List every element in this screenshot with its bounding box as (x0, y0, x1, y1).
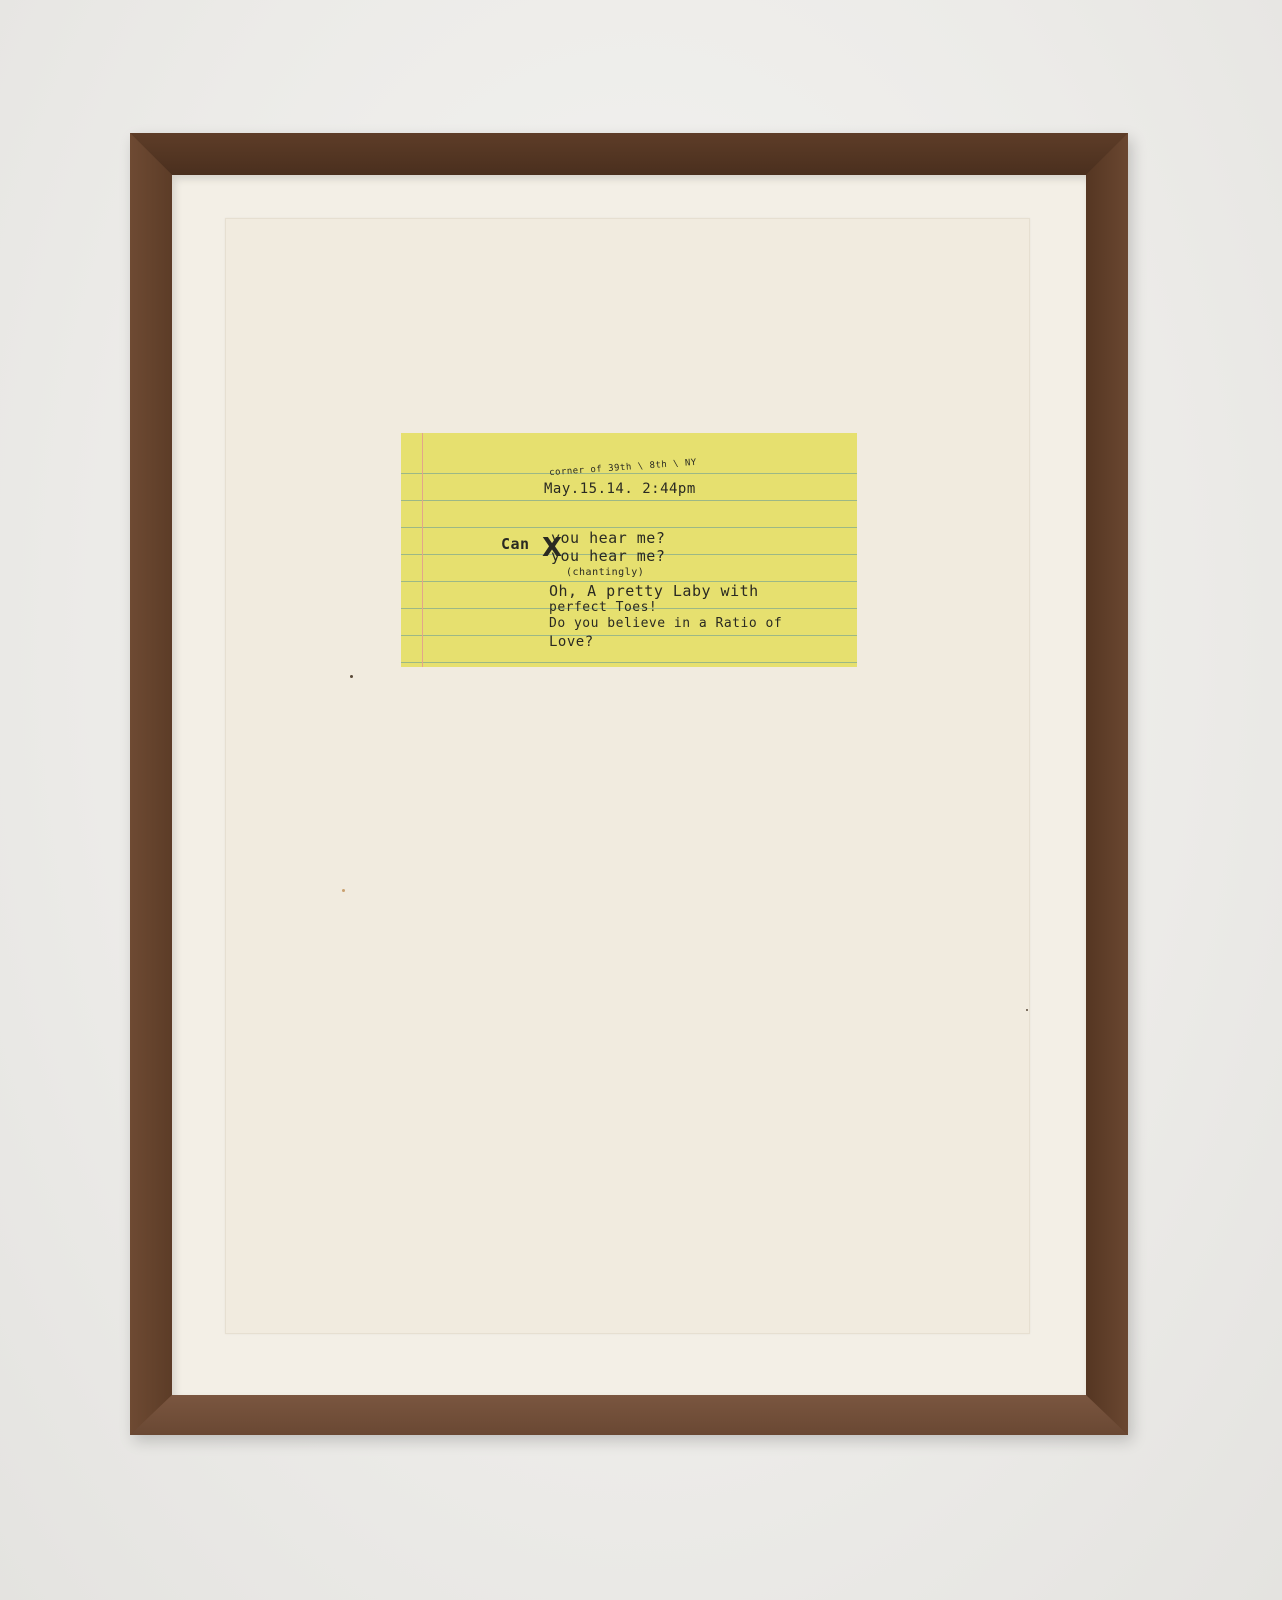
note-can: Can (501, 535, 530, 553)
note-line-oh: Oh, A pretty Laby with (549, 582, 759, 600)
note-question-1: you hear me? (551, 529, 665, 547)
frame-bottom-rail (130, 1395, 1128, 1435)
note-location: corner of 39th \ 8th \ NY (549, 458, 697, 478)
paper-speck (342, 889, 345, 892)
note-line-perfect: perfect Toes! (549, 600, 657, 615)
paper-speck (1026, 1009, 1028, 1011)
note-line-believe: Do you believe in a Ratio of (549, 616, 782, 631)
frame-left-rail (130, 133, 172, 1435)
backing-paper: corner of 39th \ 8th \ NY May.15.14. 2:4… (225, 218, 1030, 1334)
note-question-2: you hear me? (551, 547, 665, 565)
picture-frame: corner of 39th \ 8th \ NY May.15.14. 2:4… (130, 133, 1128, 1435)
paper-speck (350, 675, 353, 678)
note-aside: (chantingly) (566, 567, 644, 578)
mat-board: corner of 39th \ 8th \ NY May.15.14. 2:4… (172, 175, 1086, 1395)
frame-right-rail (1086, 133, 1128, 1435)
note-datetime: May.15.14. 2:44pm (544, 481, 696, 497)
frame-top-rail (130, 133, 1128, 175)
note-line-love: Love? (549, 634, 594, 650)
legal-pad-note: corner of 39th \ 8th \ NY May.15.14. 2:4… (401, 433, 857, 667)
